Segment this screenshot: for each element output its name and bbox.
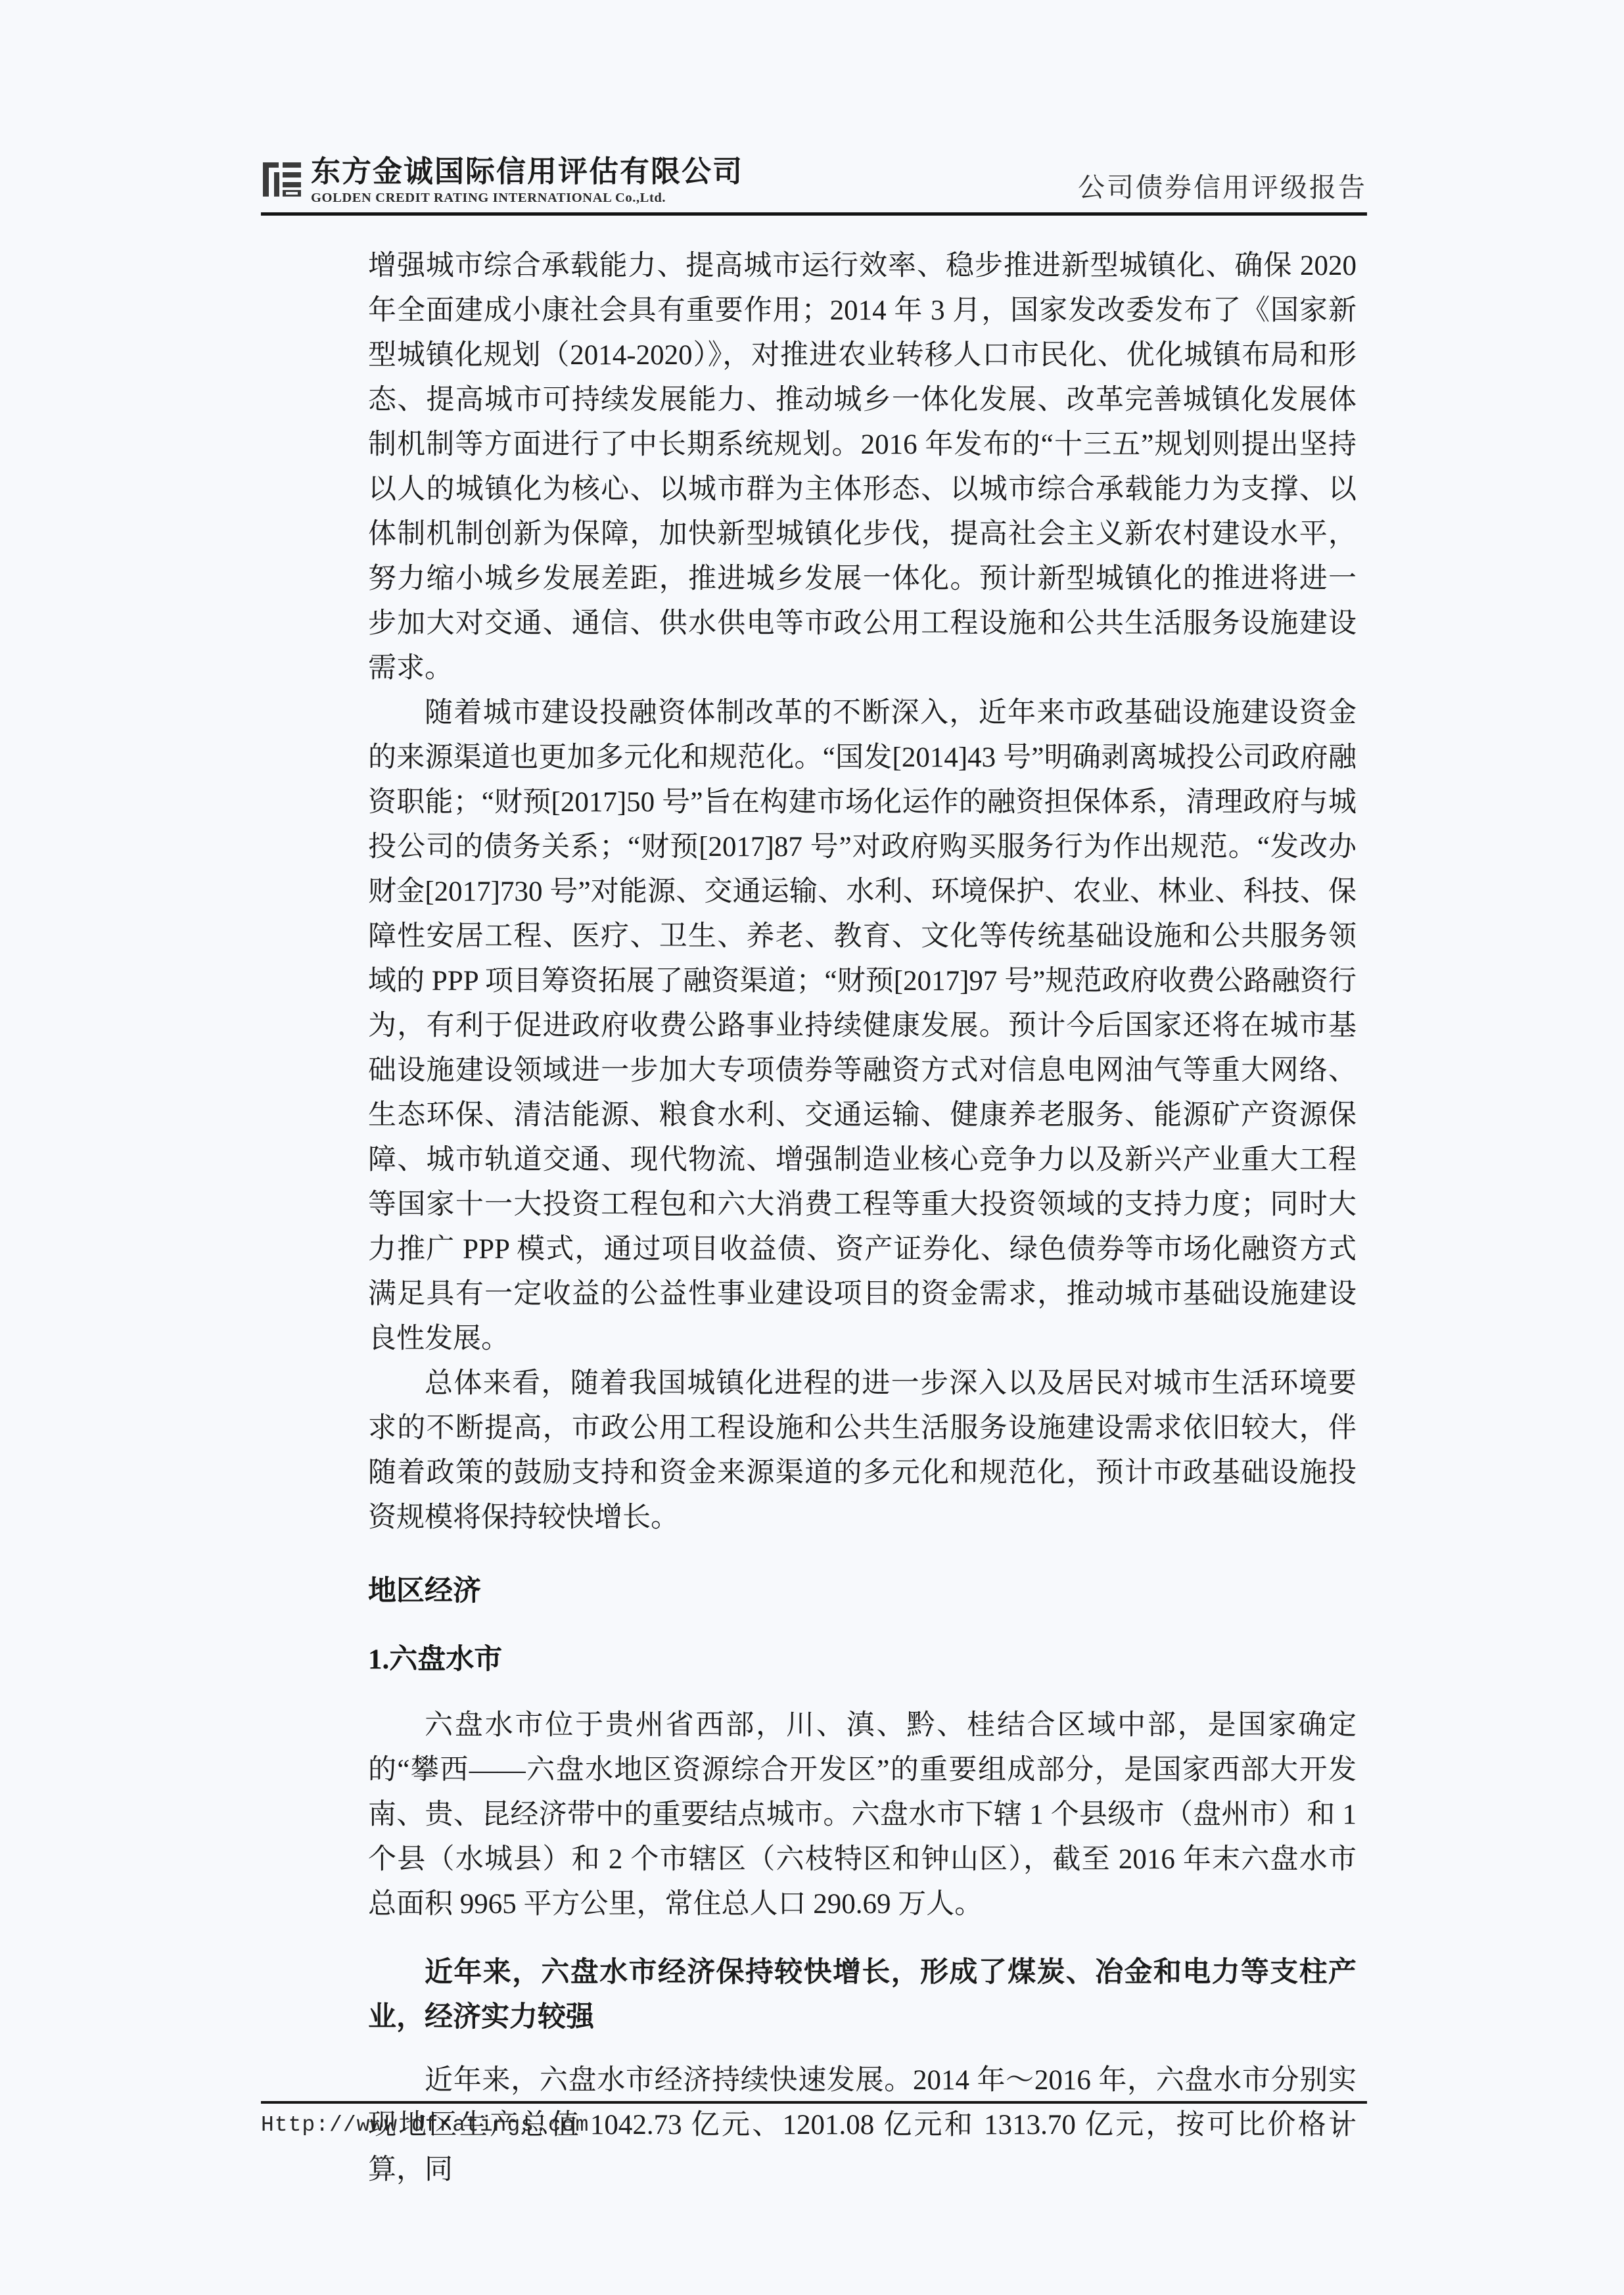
paragraph-growth-bold: 近年来，六盘水市经济保持较快增长，形成了煤炭、冶金和电力等支柱产业，经济实力较强: [368, 1951, 1357, 2040]
report-type-title: 公司债券信用评级报告: [1078, 166, 1367, 206]
report-page: 东方金诚国际信用评估有限公司 GOLDEN CREDIT RATING INTE…: [0, 0, 1624, 2295]
company-name-en: GOLDEN CREDIT RATING INTERNATIONAL Co.,L…: [311, 191, 743, 206]
company-name-cn: 东方金诚国际信用评估有限公司: [311, 156, 743, 186]
golden-credit-logo-icon: [261, 158, 303, 199]
page-header: 东方金诚国际信用评估有限公司 GOLDEN CREDIT RATING INTE…: [261, 156, 1367, 216]
footer-website-url: Http://www.dfratings.com: [261, 2113, 589, 2137]
footer-page-number: 7: [1333, 2113, 1367, 2144]
paragraph-financing-reform: 随着城市建设投融资体制改革的不断深入，近年来市政基础设施建设资金的来源渠道也更加…: [368, 691, 1357, 1361]
document-body: 增强城市综合承载能力、提高城市运行效率、稳步推进新型城镇化、确保 2020 年全…: [368, 244, 1357, 2192]
heading-region-economy: 地区经济: [368, 1569, 1357, 1614]
paragraph-city-intro: 六盘水市位于贵州省西部，川、滇、黔、桂结合区域中部，是国家确定的“攀西——六盘水…: [368, 1703, 1357, 1927]
page-footer: Http://www.dfratings.com 7: [261, 2101, 1367, 2144]
heading-liupanshui: 1.六盘水市: [368, 1638, 1357, 1682]
paragraph-overall-outlook: 总体来看，随着我国城镇化进程的进一步深入以及居民对城市生活环境要求的不断提高，市…: [368, 1361, 1357, 1540]
paragraph-urbanization-policy: 增强城市综合承载能力、提高城市运行效率、稳步推进新型城镇化、确保 2020 年全…: [368, 244, 1357, 691]
company-brand: 东方金诚国际信用评估有限公司 GOLDEN CREDIT RATING INTE…: [261, 156, 743, 206]
company-name-block: 东方金诚国际信用评估有限公司 GOLDEN CREDIT RATING INTE…: [311, 156, 743, 206]
